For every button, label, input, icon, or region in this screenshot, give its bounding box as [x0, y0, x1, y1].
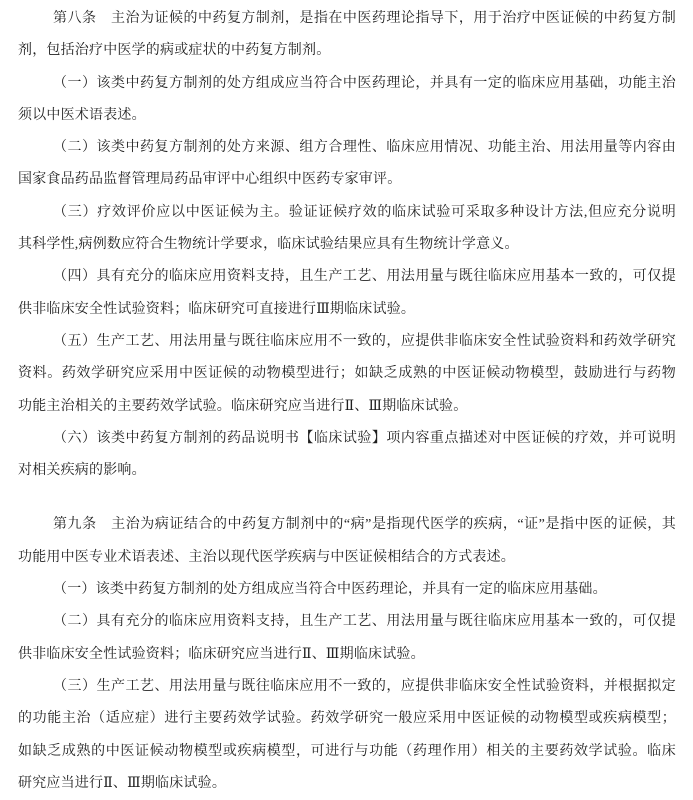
text-line: 功能用中医专业术语表述、主治以现代医学疾病与中医证候相结合的方式表述。: [18, 542, 676, 574]
text-line: 如缺乏成熟的中医证候动物模型或疾病模型，可进行与功能（药理作用）相关的主要药效学…: [18, 736, 676, 768]
text-line: 供非临床安全性试验资料；临床研究应当进行Ⅱ、Ⅲ期临床试验。: [18, 639, 676, 671]
text-line: （五）生产工艺、用法用量与既往临床应用不一致的，应提供非临床安全性试验资料和药效…: [18, 326, 676, 358]
text-line: 须以中医术语表述。: [18, 100, 676, 132]
text-line: （三）疗效评价应以中医证候为主。验证证候疗效的临床试验可采取多种设计方法,但应充…: [18, 197, 676, 229]
text-line: 资料。药效学研究应采用中医证候的动物模型进行；如缺乏成熟的中医证候动物模型，鼓励…: [18, 358, 676, 390]
text-line: （三）生产工艺、用法用量与既往临床应用不一致的，应提供非临床安全性试验资料，并根…: [18, 671, 676, 703]
text-line: 功能主治相关的主要药效学试验。临床研究应当进行Ⅱ、Ⅲ期临床试验。: [18, 391, 676, 423]
document-page: 第八条 主治为证候的中药复方制剂，是指在中医药理论指导下，用于治疗中医证候的中药…: [0, 0, 693, 800]
paragraph-spacer: [18, 487, 676, 509]
text-line: （六）该类中药复方制剂的药品说明书【临床试验】项内容重点描述对中医证候的疗效，并…: [18, 423, 676, 455]
text-line: （一）该类中药复方制剂的处方组成应当符合中医药理论，并具有一定的临床应用基础。: [18, 574, 676, 606]
text-line: 的功能主治（适应症）进行主要药效学试验。药效学研究一般应采用中医证候的动物模型或…: [18, 703, 676, 735]
text-line: 第九条 主治为病证结合的中药复方制剂中的“病”是指现代医学的疾病，“证”是指中医…: [18, 509, 676, 541]
text-line: 供非临床安全性试验资料；临床研究可直接进行Ⅲ期临床试验。: [18, 294, 676, 326]
article-9: 第九条 主治为病证结合的中药复方制剂中的“病”是指现代医学的疾病，“证”是指中医…: [18, 509, 676, 800]
text-line: （二）具有充分的临床应用资料支持，且生产工艺、用法用量与既往临床应用基本一致的，…: [18, 606, 676, 638]
article-8: 第八条 主治为证候的中药复方制剂，是指在中医药理论指导下，用于治疗中医证候的中药…: [18, 3, 676, 487]
text-line: 第八条 主治为证候的中药复方制剂，是指在中医药理论指导下，用于治疗中医证候的中药…: [18, 3, 676, 35]
text-line: 研究应当进行Ⅱ、Ⅲ期临床试验。: [18, 768, 676, 800]
text-line: （二）该类中药复方制剂的处方来源、组方合理性、临床应用情况、功能主治、用法用量等…: [18, 132, 676, 164]
text-line: 其科学性,病例数应符合生物统计学要求，临床试验结果应具有生物统计学意义。: [18, 229, 676, 261]
text-line: （一）该类中药复方制剂的处方组成应当符合中医药理论，并具有一定的临床应用基础，功…: [18, 68, 676, 100]
text-line: （四）具有充分的临床应用资料支持，且生产工艺、用法用量与既往临床应用基本一致的，…: [18, 261, 676, 293]
text-line: 剂，包括治疗中医学的病或症状的中药复方制剂。: [18, 35, 676, 67]
text-line: 国家食品药品监督管理局药品审评中心组织中医药专家审评。: [18, 164, 676, 196]
text-line: 对相关疾病的影响。: [18, 455, 676, 487]
